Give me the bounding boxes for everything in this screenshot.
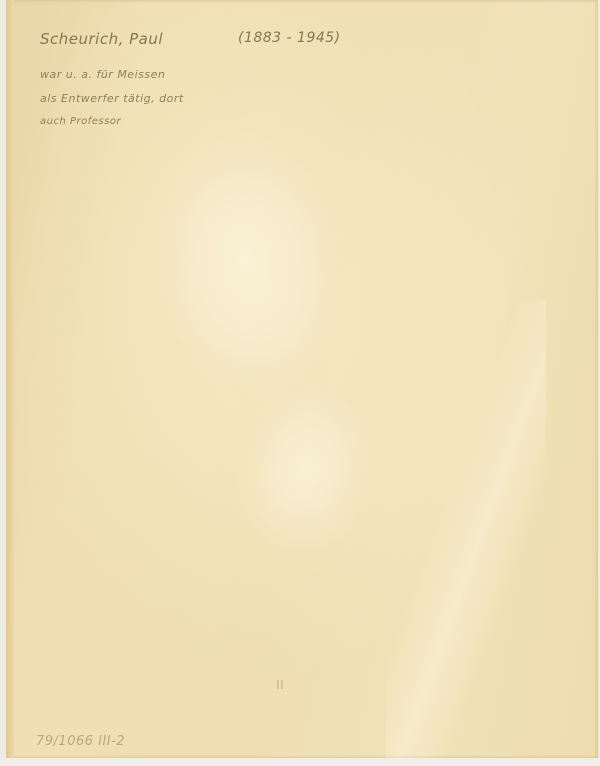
artist-name: Scheurich, Paul bbox=[40, 30, 163, 48]
note-line-3: auch Professor bbox=[40, 116, 121, 127]
paper-left-edge bbox=[6, 0, 14, 758]
note-line-1: war u. a. für Meissen bbox=[40, 68, 165, 81]
faint-bottom-mark: II bbox=[276, 678, 284, 692]
scan-bottom-margin bbox=[0, 758, 600, 766]
artist-dates: (1883 - 1945) bbox=[238, 30, 341, 46]
embossed-relief-lower bbox=[219, 367, 393, 572]
inventory-number: 79/1066 III-2 bbox=[36, 734, 125, 749]
embossed-relief-upper bbox=[127, 107, 364, 412]
paper-sheet: Scheurich, Paul (1883 - 1945) war u. a. … bbox=[6, 0, 598, 758]
paper-fold-highlight bbox=[386, 300, 546, 760]
note-line-2: als Entwerfer tätig, dort bbox=[40, 92, 184, 105]
